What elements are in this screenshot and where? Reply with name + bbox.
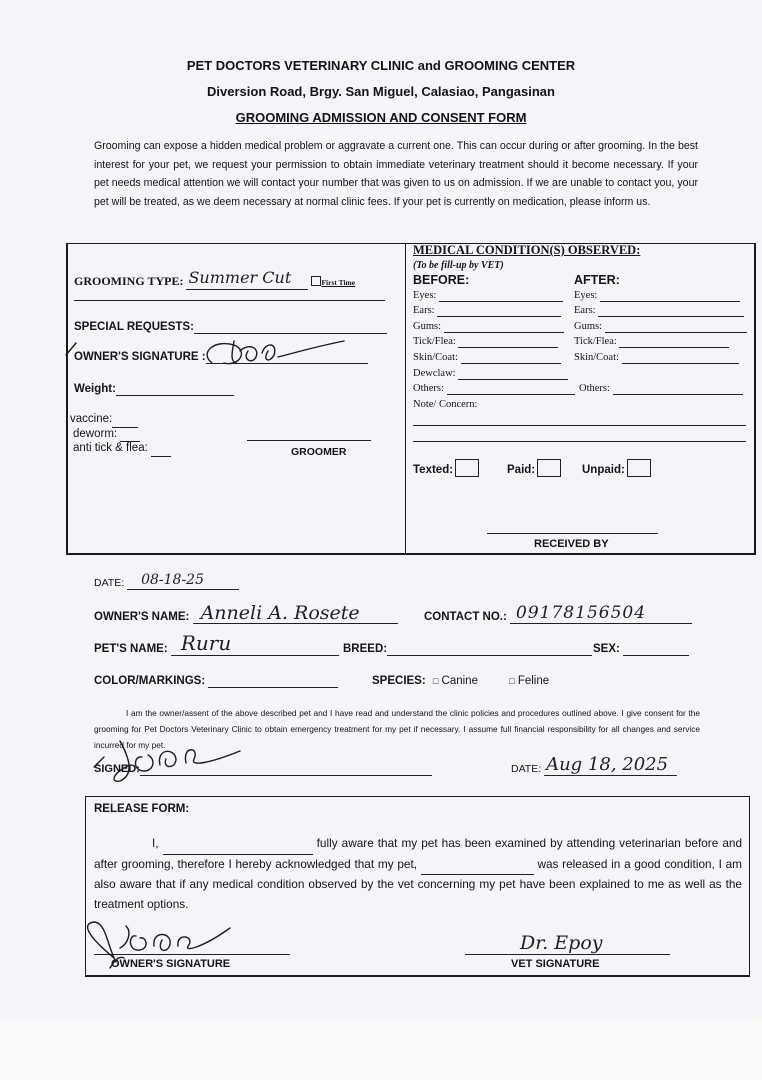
- species-feline-option[interactable]: □ Feline: [509, 675, 549, 687]
- after-row-input[interactable]: [613, 383, 743, 395]
- before-row-label: Gums:: [413, 321, 441, 332]
- intro-paragraph: Grooming can expose a hidden medical pro…: [94, 137, 698, 211]
- antitick-input[interactable]: [151, 442, 171, 457]
- first-time-label: First Time: [321, 278, 355, 287]
- release-i: I,: [152, 836, 159, 850]
- weight-field[interactable]: Weight:: [74, 383, 234, 396]
- clinic-name: PET DOCTORS VETERINARY CLINIC and GROOMI…: [0, 58, 762, 73]
- release-owner-name-input[interactable]: [163, 834, 313, 855]
- special-requests-label: SPECIAL REQUESTS:: [74, 321, 194, 333]
- owner-name-value: Anneli A. Rosete: [201, 602, 360, 624]
- medical-subtitle: (To be fill-up by VET): [413, 260, 504, 271]
- before-row-input[interactable]: [461, 352, 561, 364]
- vet-signature-value: Dr. Epoy: [520, 932, 603, 954]
- owner-name-field[interactable]: OWNER'S NAME: Anneli A. Rosete: [94, 611, 398, 624]
- breed-input[interactable]: [387, 643, 592, 656]
- date-input[interactable]: 08-18-25: [127, 577, 239, 590]
- before-row[interactable]: Skin/Coat:: [413, 352, 561, 364]
- unpaid-checkbox[interactable]: [627, 459, 651, 477]
- breed-label: BREED:: [343, 643, 387, 655]
- signed-signature-mark: [90, 735, 290, 785]
- after-row[interactable]: Skin/Coat:: [574, 352, 739, 364]
- after-row-label: Eyes:: [574, 290, 597, 301]
- species-canine-option[interactable]: □ Canine: [433, 675, 478, 687]
- date-field[interactable]: DATE: 08-18-25: [94, 577, 239, 590]
- feline-label: Feline: [518, 675, 549, 687]
- date-value: 08-18-25: [141, 572, 204, 588]
- owner-signature-mark: [64, 333, 354, 373]
- after-row[interactable]: Others:: [579, 383, 743, 395]
- texted-label: Texted:: [413, 464, 453, 476]
- release-pet-name-input[interactable]: [421, 855, 534, 876]
- antitick-field[interactable]: anti tick & flea:: [70, 442, 171, 457]
- after-row-input[interactable]: [605, 321, 747, 333]
- before-row[interactable]: Tick/Flea:: [413, 336, 558, 348]
- after-row[interactable]: Eyes:: [574, 290, 740, 302]
- unpaid-field: Unpaid:: [582, 459, 651, 477]
- box-divider: [405, 243, 406, 554]
- after-heading: AFTER:: [574, 273, 620, 287]
- groomer-label: GROOMER: [291, 446, 346, 458]
- sex-field[interactable]: SEX:: [593, 643, 689, 656]
- received-by-label: RECEIVED BY: [534, 538, 609, 550]
- canine-label: Canine: [442, 675, 478, 687]
- grooming-type-input[interactable]: Summer Cut: [186, 274, 308, 290]
- deworm-label: deworm:: [73, 428, 117, 440]
- note-concern-label: Note/ Concern:: [413, 399, 477, 410]
- before-heading: BEFORE:: [413, 273, 469, 287]
- first-time-checkbox[interactable]: [311, 276, 321, 286]
- signed-date-value: Aug 18, 2025: [546, 754, 668, 775]
- deworm-field[interactable]: deworm:: [70, 428, 171, 443]
- after-row-label: Others:: [579, 383, 610, 394]
- clinic-address: Diversion Road, Brgy. San Miguel, Calasi…: [0, 84, 762, 99]
- after-row-input[interactable]: [619, 336, 729, 348]
- signed-date-field[interactable]: DATE: Aug 18, 2025: [511, 763, 677, 776]
- form-title-text: GROOMING ADMISSION AND CONSENT FORM: [236, 110, 527, 125]
- release-paragraph: I, fully aware that my pet has been exam…: [94, 834, 742, 914]
- species-field: SPECIES: □ Canine □ Feline: [372, 675, 549, 687]
- before-row-input[interactable]: [437, 305, 561, 317]
- before-row[interactable]: Gums:: [413, 321, 564, 333]
- before-row[interactable]: Dewclaw:: [413, 368, 568, 380]
- groomer-signature-line[interactable]: [247, 440, 371, 441]
- form-title: GROOMING ADMISSION AND CONSENT FORM: [0, 110, 762, 125]
- before-row[interactable]: Others:: [413, 383, 575, 395]
- sex-label: SEX:: [593, 643, 620, 655]
- deworm-input[interactable]: [120, 428, 140, 443]
- vaccine-input[interactable]: [112, 413, 138, 428]
- date-label: DATE:: [94, 577, 124, 589]
- before-row-input[interactable]: [439, 290, 563, 302]
- color-field[interactable]: COLOR/MARKINGS:: [94, 675, 338, 688]
- release-owner-signature-mark: [80, 918, 260, 973]
- after-row-input[interactable]: [598, 305, 744, 317]
- note-line-1[interactable]: [413, 425, 746, 426]
- before-row-label: Ears:: [413, 305, 435, 316]
- before-row-input[interactable]: [444, 321, 564, 333]
- paid-field: Paid:: [507, 459, 561, 477]
- sex-input[interactable]: [623, 643, 689, 656]
- after-row[interactable]: Gums:: [574, 321, 747, 333]
- after-row-label: Gums:: [574, 321, 602, 332]
- before-row-label: Tick/Flea:: [413, 336, 456, 347]
- pet-name-field[interactable]: PET'S NAME: Ruru: [94, 643, 339, 656]
- owner-name-label: OWNER'S NAME:: [94, 611, 189, 623]
- signed-date-label: DATE:: [511, 763, 541, 775]
- texted-checkbox[interactable]: [455, 459, 479, 477]
- weight-input[interactable]: [116, 383, 234, 396]
- treatments-list: vaccine: deworm: anti tick & flea:: [70, 413, 171, 457]
- weight-label: Weight:: [74, 383, 116, 395]
- after-row[interactable]: Tick/Flea:: [574, 336, 729, 348]
- paid-checkbox[interactable]: [537, 459, 561, 477]
- before-row-input[interactable]: [458, 368, 568, 380]
- grooming-type-field[interactable]: GROOMING TYPE: Summer Cut First Time: [74, 274, 355, 290]
- before-row-label: Eyes:: [413, 290, 436, 301]
- before-row-label: Others:: [413, 383, 444, 394]
- species-label: SPECIES:: [372, 675, 426, 687]
- before-row-input[interactable]: [447, 383, 575, 395]
- vet-signature-label: VET SIGNATURE: [511, 958, 599, 970]
- received-by-line[interactable]: [487, 533, 658, 534]
- unpaid-label: Unpaid:: [582, 464, 625, 476]
- owner-name-input[interactable]: Anneli A. Rosete: [193, 611, 398, 624]
- before-row[interactable]: Eyes:: [413, 290, 563, 302]
- contact-label: CONTACT NO.:: [424, 611, 507, 623]
- antitick-label: anti tick & flea:: [73, 442, 148, 454]
- after-row[interactable]: Ears:: [574, 305, 744, 317]
- after-row-input[interactable]: [622, 352, 739, 364]
- grooming-type-value: Summer Cut: [188, 268, 291, 287]
- before-row-input[interactable]: [458, 336, 558, 348]
- canine-checkbox[interactable]: □: [433, 676, 438, 686]
- after-row-label: Skin/Coat:: [574, 352, 619, 363]
- scan-background: [0, 1019, 762, 1080]
- vaccine-label: vaccine:: [70, 413, 112, 425]
- texted-field: Texted:: [413, 459, 479, 477]
- pet-name-label: PET'S NAME:: [94, 643, 168, 655]
- contact-input[interactable]: 09178156504: [510, 611, 692, 624]
- pet-name-value: Ruru: [181, 631, 231, 655]
- contact-field[interactable]: CONTACT NO.: 09178156504: [424, 611, 692, 624]
- release-title: RELEASE FORM:: [94, 803, 189, 815]
- signed-date-input[interactable]: Aug 18, 2025: [544, 763, 677, 776]
- before-row[interactable]: Ears:: [413, 305, 561, 317]
- after-row-label: Tick/Flea:: [574, 336, 617, 347]
- grooming-type-label: GROOMING TYPE:: [74, 274, 183, 288]
- contact-value: 09178156504: [516, 603, 646, 623]
- before-row-label: Skin/Coat:: [413, 352, 458, 363]
- before-row-label: Dewclaw:: [413, 368, 456, 379]
- color-label: COLOR/MARKINGS:: [94, 675, 205, 687]
- vet-signature-line[interactable]: [465, 954, 670, 955]
- color-input[interactable]: [208, 675, 338, 688]
- grooming-type-extra-line[interactable]: [74, 300, 385, 301]
- paid-label: Paid:: [507, 464, 535, 476]
- breed-field[interactable]: BREED:: [343, 643, 592, 656]
- vaccine-field[interactable]: vaccine:: [70, 413, 171, 428]
- medical-title: MEDICAL CONDITION(S) OBSERVED:: [413, 243, 640, 258]
- note-line-2[interactable]: [413, 441, 746, 442]
- feline-checkbox[interactable]: □: [509, 676, 514, 686]
- after-row-input[interactable]: [600, 290, 740, 302]
- after-row-label: Ears:: [574, 305, 596, 316]
- pet-name-input[interactable]: Ruru: [171, 643, 339, 656]
